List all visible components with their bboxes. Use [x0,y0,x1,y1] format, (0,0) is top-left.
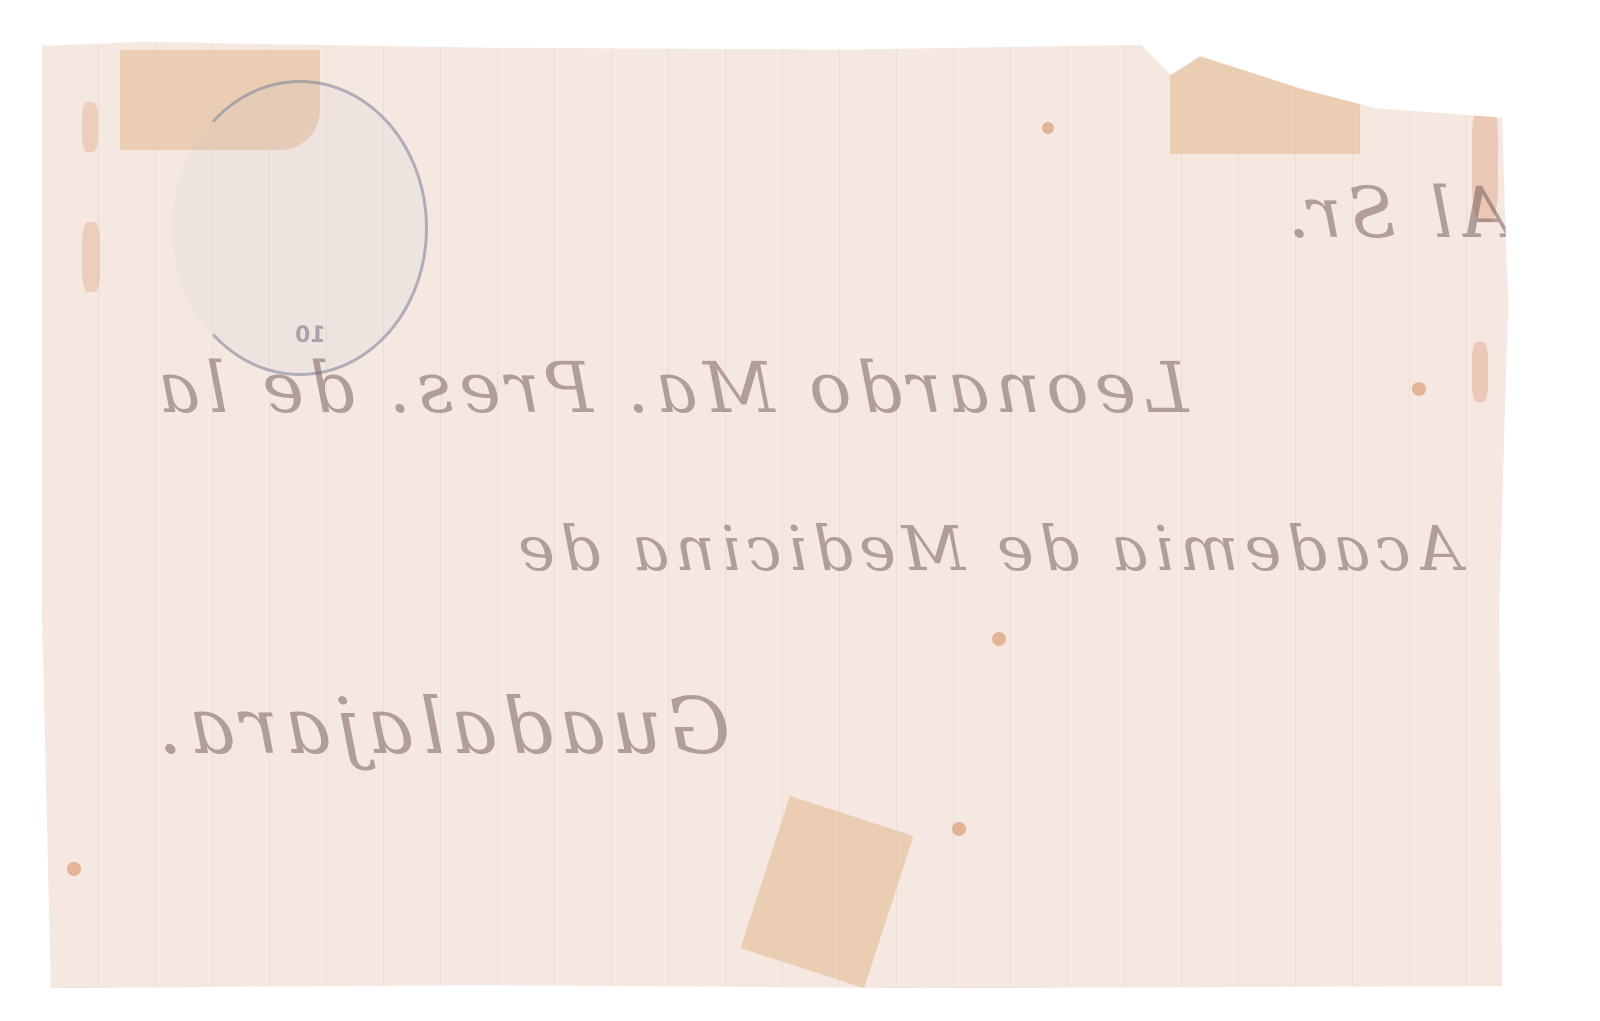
postmark-text: 10 [295,323,326,348]
handwriting-line-4: Guadalajara. [152,682,730,772]
handwriting-line-1: Al Sr. [1282,172,1509,254]
foxing-spot [992,632,1006,646]
foxing-spot [1472,342,1488,402]
foxing-spot [1412,382,1426,396]
foxing-spot [1042,122,1054,134]
foxing-spot [67,862,81,876]
foxing-spot [952,822,966,836]
tape-top-right [1170,54,1360,154]
handwriting-line-2: Leonardo Ma. Pres. de la [152,347,1188,429]
handwriting-line-3: Academia de Medicina de [512,512,1461,585]
foxing-spot [82,222,100,292]
foxing-spot [82,102,98,152]
envelope-sheet: 10 Al Sr. Leonardo Ma. Pres. de la Acade… [42,42,1508,988]
postmark-stamp: 10 [172,80,428,376]
